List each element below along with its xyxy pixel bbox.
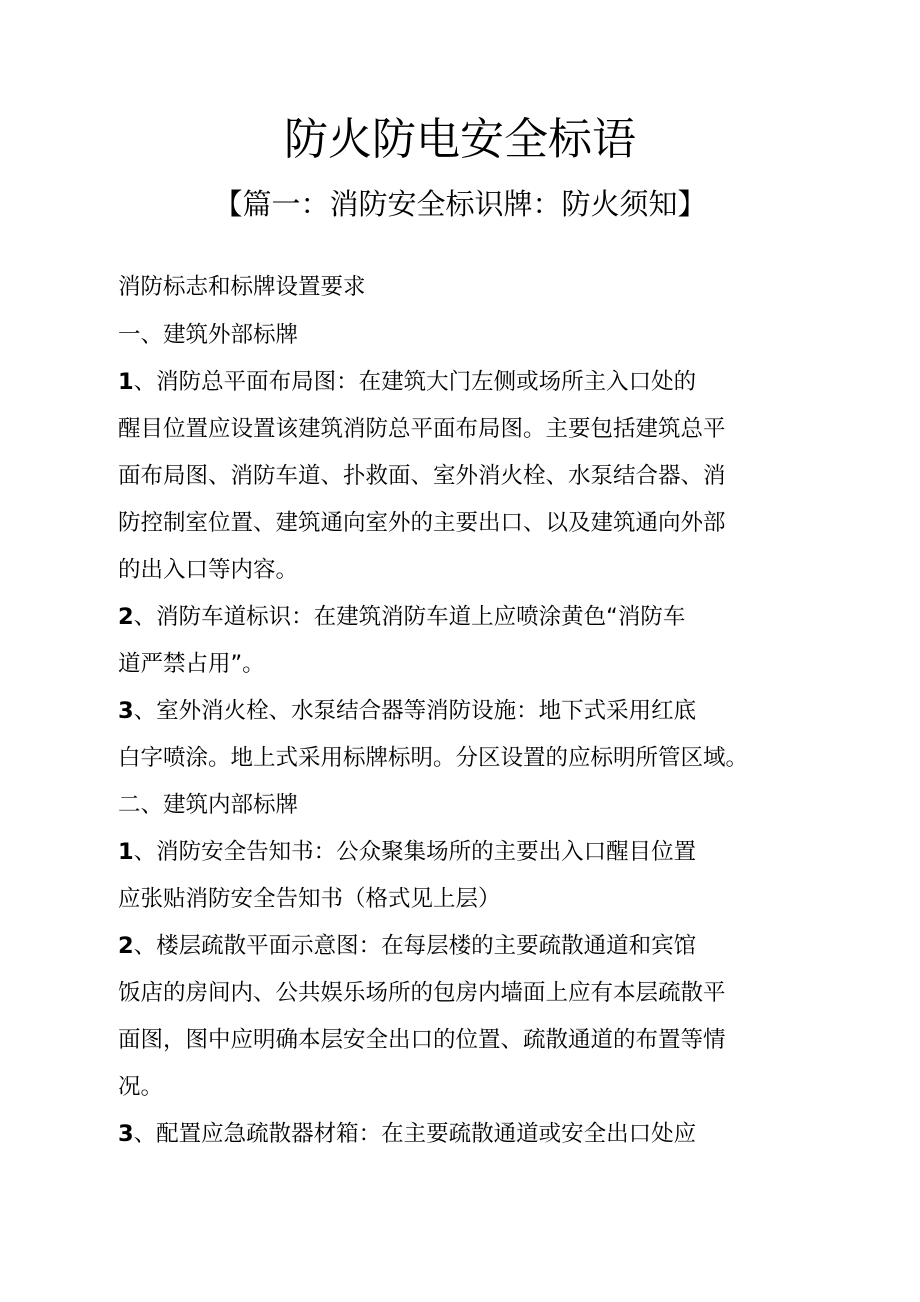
paragraph-line: 3、室外消火栓、水泵结合器等消防设施：地下式采用红底 <box>118 696 696 726</box>
line-text: 道严禁占用”。 <box>118 651 265 677</box>
paragraph-line: 饭店的房间内、公共娱乐场所的包房内墙面上应有本层疏散平 <box>118 978 726 1008</box>
paragraph-line: 白字喷涂。地上式采用标牌标明。分区设置的应标明所管区域。 <box>118 743 748 773</box>
paragraph-line: 1、消防总平面布局图：在建筑大门左侧或场所主入口处的 <box>118 367 696 397</box>
line-text: 的出入口等内容。 <box>118 557 298 583</box>
line-text: 、室外消火栓、水泵结合器等消防设施：地下式采用红底 <box>134 698 697 724</box>
paragraph-line: 应张贴消防安全告知书（格式见上层） <box>118 884 501 914</box>
item-number: 3 <box>118 698 134 724</box>
line-text: 应张贴消防安全告知书（格式见上层） <box>118 886 501 912</box>
paragraph-line: 防控制室位置、建筑通向室外的主要出口、以及建筑通向外部 <box>118 508 726 538</box>
item-number: 1 <box>118 839 134 865</box>
item-number: 3 <box>118 1121 134 1147</box>
section-heading: 消防标志和标牌设置要求 <box>118 272 366 302</box>
paragraph-line: 的出入口等内容。 <box>118 555 298 585</box>
line-text: 二、建筑内部标牌 <box>118 792 298 818</box>
item-number: 2 <box>118 604 134 630</box>
document-page: 防火防电安全标语 【篇一：消防安全标识牌：防火须知】 消防标志和标牌设置要求 一… <box>0 0 920 1302</box>
line-text: 面布局图、消防车道、扑救面、室外消火栓、水泵结合器、消 <box>118 463 726 489</box>
paragraph-line: 2、楼层疏散平面示意图：在每层楼的主要疏散通道和宾馆 <box>118 931 696 961</box>
line-text: 、楼层疏散平面示意图：在每层楼的主要疏散通道和宾馆 <box>134 933 697 959</box>
line-text: 一、建筑外部标牌 <box>118 322 298 348</box>
line-text: 消防标志和标牌设置要求 <box>118 274 366 300</box>
line-text: 面图，图中应明确本层安全出口的位置、疏散通道的布置等情 <box>118 1027 726 1053</box>
item-number: 1 <box>118 369 134 395</box>
paragraph-line: 1、消防安全告知书：公众聚集场所的主要出入口醒目位置 <box>118 837 696 867</box>
line-text: 、消防安全告知书：公众聚集场所的主要出入口醒目位置 <box>134 839 697 865</box>
section-heading: 二、建筑内部标牌 <box>118 790 298 820</box>
document-title: 防火防电安全标语 <box>0 112 920 168</box>
paragraph-line: 道严禁占用”。 <box>118 649 265 679</box>
line-text: 、消防总平面布局图：在建筑大门左侧或场所主入口处的 <box>134 369 697 395</box>
paragraph-line: 2、消防车道标识：在建筑消防车道上应喷涂黄色“消防车 <box>118 602 685 632</box>
line-text: 饭店的房间内、公共娱乐场所的包房内墙面上应有本层疏散平 <box>118 980 726 1006</box>
line-text: 况。 <box>118 1074 163 1100</box>
line-text: 、消防车道标识：在建筑消防车道上应喷涂黄色“消防车 <box>134 604 686 630</box>
paragraph-line: 况。 <box>118 1072 163 1102</box>
item-number: 2 <box>118 933 134 959</box>
document-subtitle: 【篇一：消防安全标识牌：防火须知】 <box>0 182 920 226</box>
paragraph-line: 面图，图中应明确本层安全出口的位置、疏散通道的布置等情 <box>118 1025 726 1055</box>
paragraph-line: 面布局图、消防车道、扑救面、室外消火栓、水泵结合器、消 <box>118 461 726 491</box>
line-text: 防控制室位置、建筑通向室外的主要出口、以及建筑通向外部 <box>118 510 726 536</box>
line-text: 、配置应急疏散器材箱：在主要疏散通道或安全出口处应 <box>134 1121 697 1147</box>
paragraph-line: 3、配置应急疏散器材箱：在主要疏散通道或安全出口处应 <box>118 1119 696 1149</box>
section-heading: 一、建筑外部标牌 <box>118 320 298 350</box>
line-text: 醒目位置应设置该建筑消防总平面布局图。主要包括建筑总平 <box>118 416 726 442</box>
line-text: 白字喷涂。地上式采用标牌标明。分区设置的应标明所管区域。 <box>118 745 748 771</box>
paragraph-line: 醒目位置应设置该建筑消防总平面布局图。主要包括建筑总平 <box>118 414 726 444</box>
